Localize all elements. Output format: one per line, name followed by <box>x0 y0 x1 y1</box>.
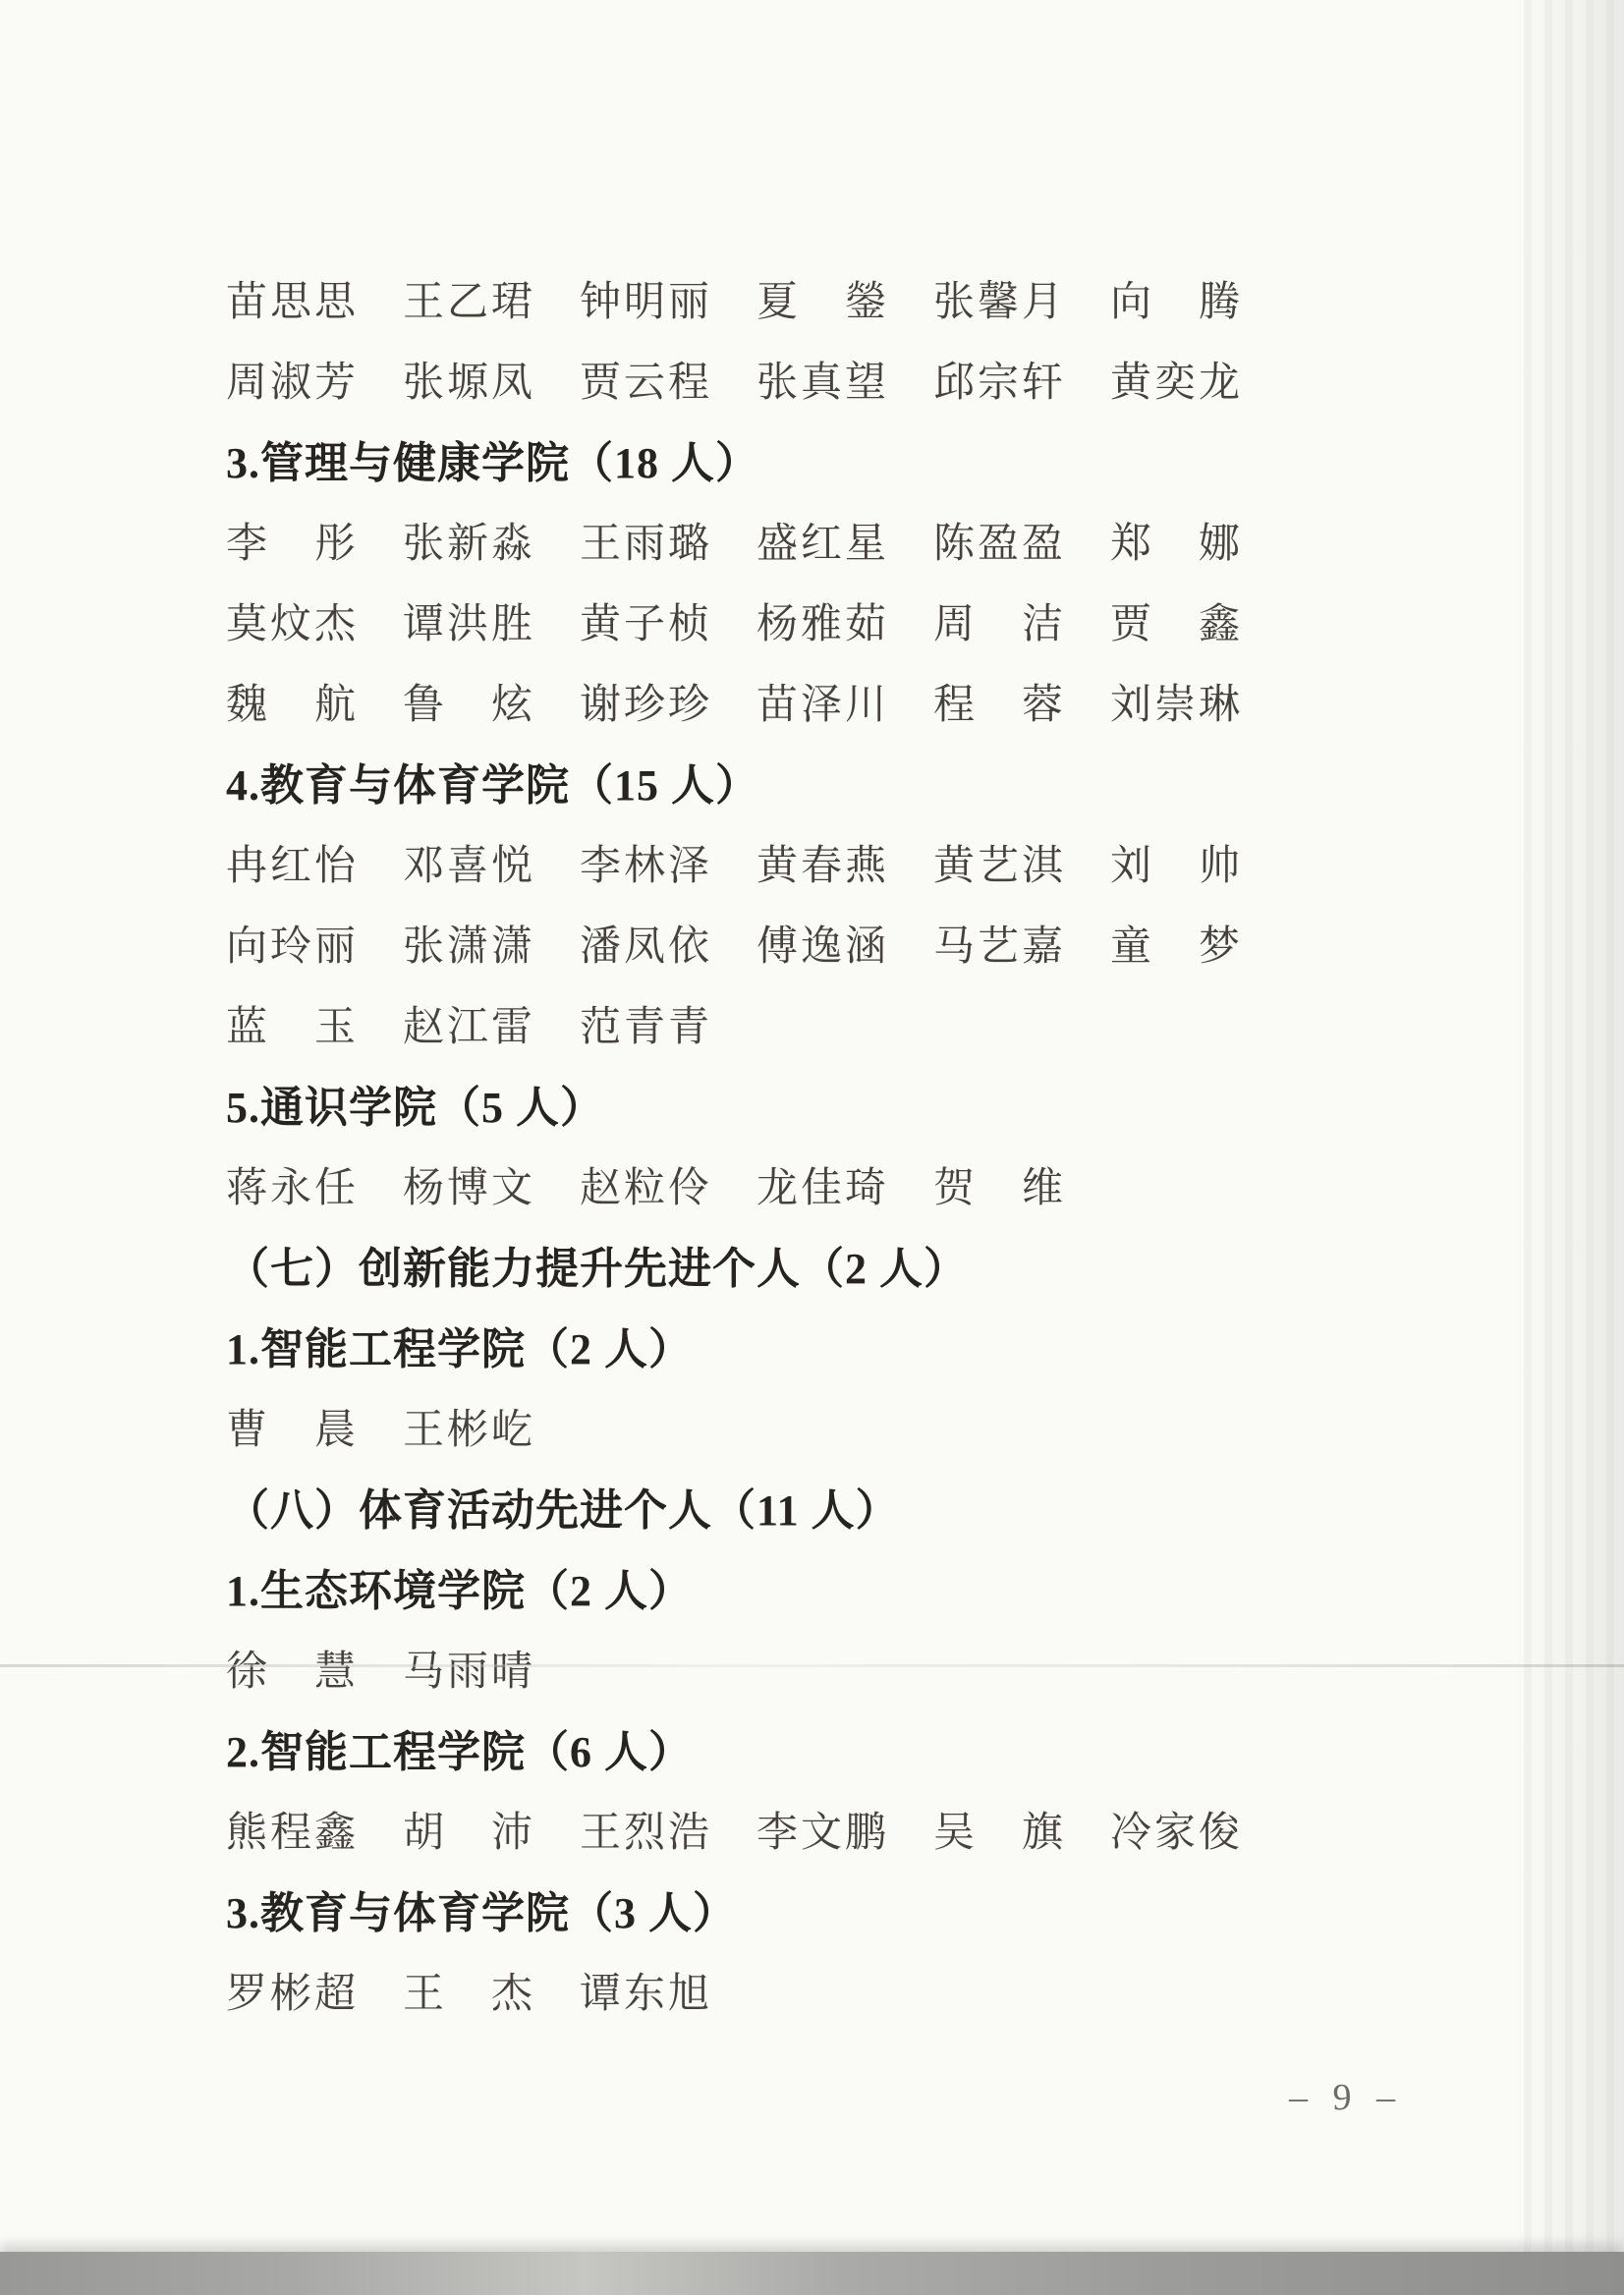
page-number: – 9 – <box>1289 2075 1403 2120</box>
scanned-document-page: 苗思思 王乙珺 钟明丽 夏 鎣 张馨月 向 腾 周淑芳 张塬凤 贾云程 张真望 … <box>0 0 1624 2295</box>
names-line-11: 徐 慧 马雨晴 <box>226 1632 1238 1712</box>
names-line-5: 魏 航 鲁 炫 谢珍珍 苗泽川 程 蓉 刘崇琳 <box>226 665 1238 746</box>
heading-section-7-innovation-advanced-individuals: （七）创新能力提升先进个人（2 人） <box>226 1229 1238 1310</box>
names-line-9: 蒋永任 杨博文 赵粒伶 龙佳琦 贺 维 <box>226 1148 1238 1229</box>
heading-college-3-management-health: 3.管理与健康学院（18 人） <box>226 423 1238 504</box>
names-line-13: 罗彬超 王 杰 谭东旭 <box>226 1954 1238 2035</box>
names-line-3: 李 彤 张新淼 王雨璐 盛红星 陈盈盈 郑 娜 <box>226 504 1238 585</box>
right-edge-scan-shading <box>1511 0 1624 2295</box>
heading-college-3-education-sports-2: 3.教育与体育学院（3 人） <box>226 1874 1238 1954</box>
names-line-10: 曹 晨 王彬屹 <box>226 1390 1238 1471</box>
heading-section-8-sports-activity-advanced-individuals: （八）体育活动先进个人（11 人） <box>226 1471 1238 1551</box>
names-line-6: 冉红怡 邓喜悦 李林泽 黄春燕 黄艺淇 刘 帅 <box>226 826 1238 907</box>
scan-seam-line <box>0 1664 1624 1667</box>
heading-college-2-intelligent-engineering: 2.智能工程学院（6 人） <box>226 1712 1238 1793</box>
heading-college-4-education-sports: 4.教育与体育学院（15 人） <box>226 746 1238 826</box>
bottom-scan-band <box>0 2252 1624 2295</box>
names-line-8: 蓝 玉 赵江雷 范青青 <box>226 987 1238 1068</box>
document-content: 苗思思 王乙珺 钟明丽 夏 鎣 张馨月 向 腾 周淑芳 张塬凤 贾云程 张真望 … <box>226 262 1238 2035</box>
names-line-4: 莫炆杰 谭洪胜 黄子桢 杨雅茹 周 洁 贾 鑫 <box>226 585 1238 665</box>
heading-college-5-general-studies: 5.通识学院（5 人） <box>226 1068 1238 1148</box>
names-line-1: 苗思思 王乙珺 钟明丽 夏 鎣 张馨月 向 腾 <box>226 262 1238 343</box>
heading-college-1-ecological-environment: 1.生态环境学院（2 人） <box>226 1551 1238 1632</box>
names-line-12: 熊程鑫 胡 沛 王烈浩 李文鹏 吴 旗 冷家俊 <box>226 1793 1238 1874</box>
names-line-2: 周淑芳 张塬凤 贾云程 张真望 邱宗轩 黄奕龙 <box>226 343 1238 423</box>
names-line-7: 向玲丽 张潇潇 潘凤依 傅逸涵 马艺嘉 童 梦 <box>226 907 1238 987</box>
heading-college-1-intelligent-engineering: 1.智能工程学院（2 人） <box>226 1310 1238 1390</box>
